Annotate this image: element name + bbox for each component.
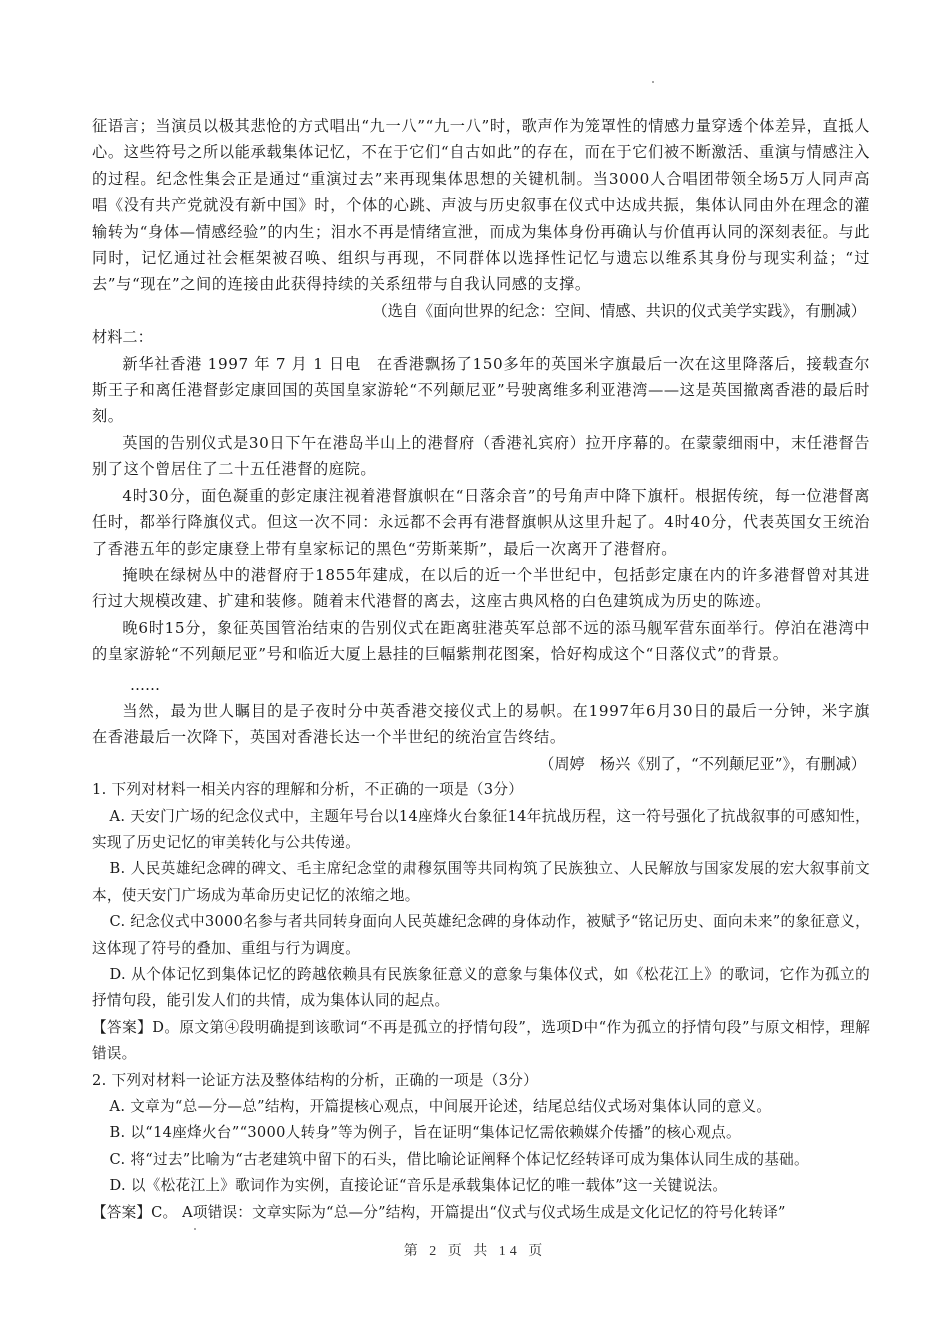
material2-paragraph: 新华社香港 1997 年 7 月 1 日电 在香港飘扬了150多年的英国米字旗最… [92, 351, 870, 430]
answer-explanation: 【答案】C。 A项错误：文章实际为“总—分”结构，开篇提出“仪式与仪式场生成是文… [92, 1200, 870, 1226]
material2-ellipsis: …… [92, 672, 870, 698]
option-a: A. 文章为“总—分—总”结构，开篇提核心观点，中间展开论述，结尾总结仪式场对集… [92, 1094, 870, 1120]
option-d: D. 以《松花江上》歌词作为实例，直接论证“音乐是承载集体记忆的唯一载体”这一关… [92, 1173, 870, 1199]
material1-tail-paragraph: 征语言；当演员以极其悲怆的方式唱出“九一八”“九一八”时，歌声作为笼罩性的情感力… [92, 113, 870, 298]
material2-paragraph: 4时30分，面色凝重的彭定康注视着港督旗帜在“日落余音”的号角声中降下旗杆。根据… [92, 483, 870, 562]
answer-explanation: 【答案】D。原文第④段明确提到该歌词“不再是孤立的抒情句段”，选项D中“作为孤立… [92, 1015, 870, 1068]
option-c: C. 将“过去”比喻为“古老建筑中留下的石头，借比喻论证阐释个体记忆经转译可成为… [92, 1147, 870, 1173]
scan-speck [652, 81, 654, 83]
option-d: D. 从个体记忆到集体记忆的跨越依赖具有民族象征意义的意象与集体仪式，如《松花江… [92, 962, 870, 1015]
material2-label: 材料二： [92, 324, 870, 350]
page-number-footer: 第 2 页 共 14 页 [0, 1240, 950, 1260]
material2-paragraph: 英国的告别仪式是30日下午在港岛半山上的港督府（香港礼宾府）拉开序幕的。在蒙蒙细… [92, 430, 870, 483]
option-b: B. 人民英雄纪念碑的碑文、毛主席纪念堂的肃穆氛围等共同构筑了民族独立、人民解放… [92, 856, 870, 909]
material2-paragraph: 掩映在绿树丛中的港督府于1855年建成，在以后的近一个半世纪中，包括彭定康在内的… [92, 562, 870, 615]
option-b: B. 以“14座烽火台”“3000人转身”等为例子，旨在证明“集体记忆需依赖媒介… [92, 1120, 870, 1146]
document-page: 征语言；当演员以极其悲怆的方式唱出“九一八”“九一八”时，歌声作为笼罩性的情感力… [92, 113, 870, 1226]
question-2: 2. 下列对材料一论证方法及整体结构的分析，正确的一项是（3分） A. 文章为“… [92, 1068, 870, 1226]
question-stem: 2. 下列对材料一论证方法及整体结构的分析，正确的一项是（3分） [92, 1068, 870, 1094]
question-stem: 1. 下列对材料一相关内容的理解和分析，不正确的一项是（3分） [92, 777, 870, 803]
option-c: C. 纪念仪式中3000名参与者共同转身面向人民英雄纪念碑的身体动作，被赋予“铭… [92, 909, 870, 962]
material2-paragraph: 晚6时15分，象征英国管治结束的告别仪式在距离驻港英军总部不远的添马舰军营东面举… [92, 615, 870, 668]
scan-speck [194, 1228, 196, 1230]
option-a: A. 天安门广场的纪念仪式中，主题年号台以14座烽火台象征14年抗战历程，这一符… [92, 804, 870, 857]
material2-source: （周婷 杨兴《别了，“不列颠尼亚”》，有删减） [92, 751, 870, 777]
question-1: 1. 下列对材料一相关内容的理解和分析，不正确的一项是（3分） A. 天安门广场… [92, 777, 870, 1067]
material1-source: （选自《面向世界的纪念：空间、情感、共识的仪式美学实践》，有删减） [92, 298, 870, 324]
material2-final-paragraph: 当然，最为世人瞩目的是子夜时分中英香港交接仪式上的易帜。在1997年6月30日的… [92, 698, 870, 751]
